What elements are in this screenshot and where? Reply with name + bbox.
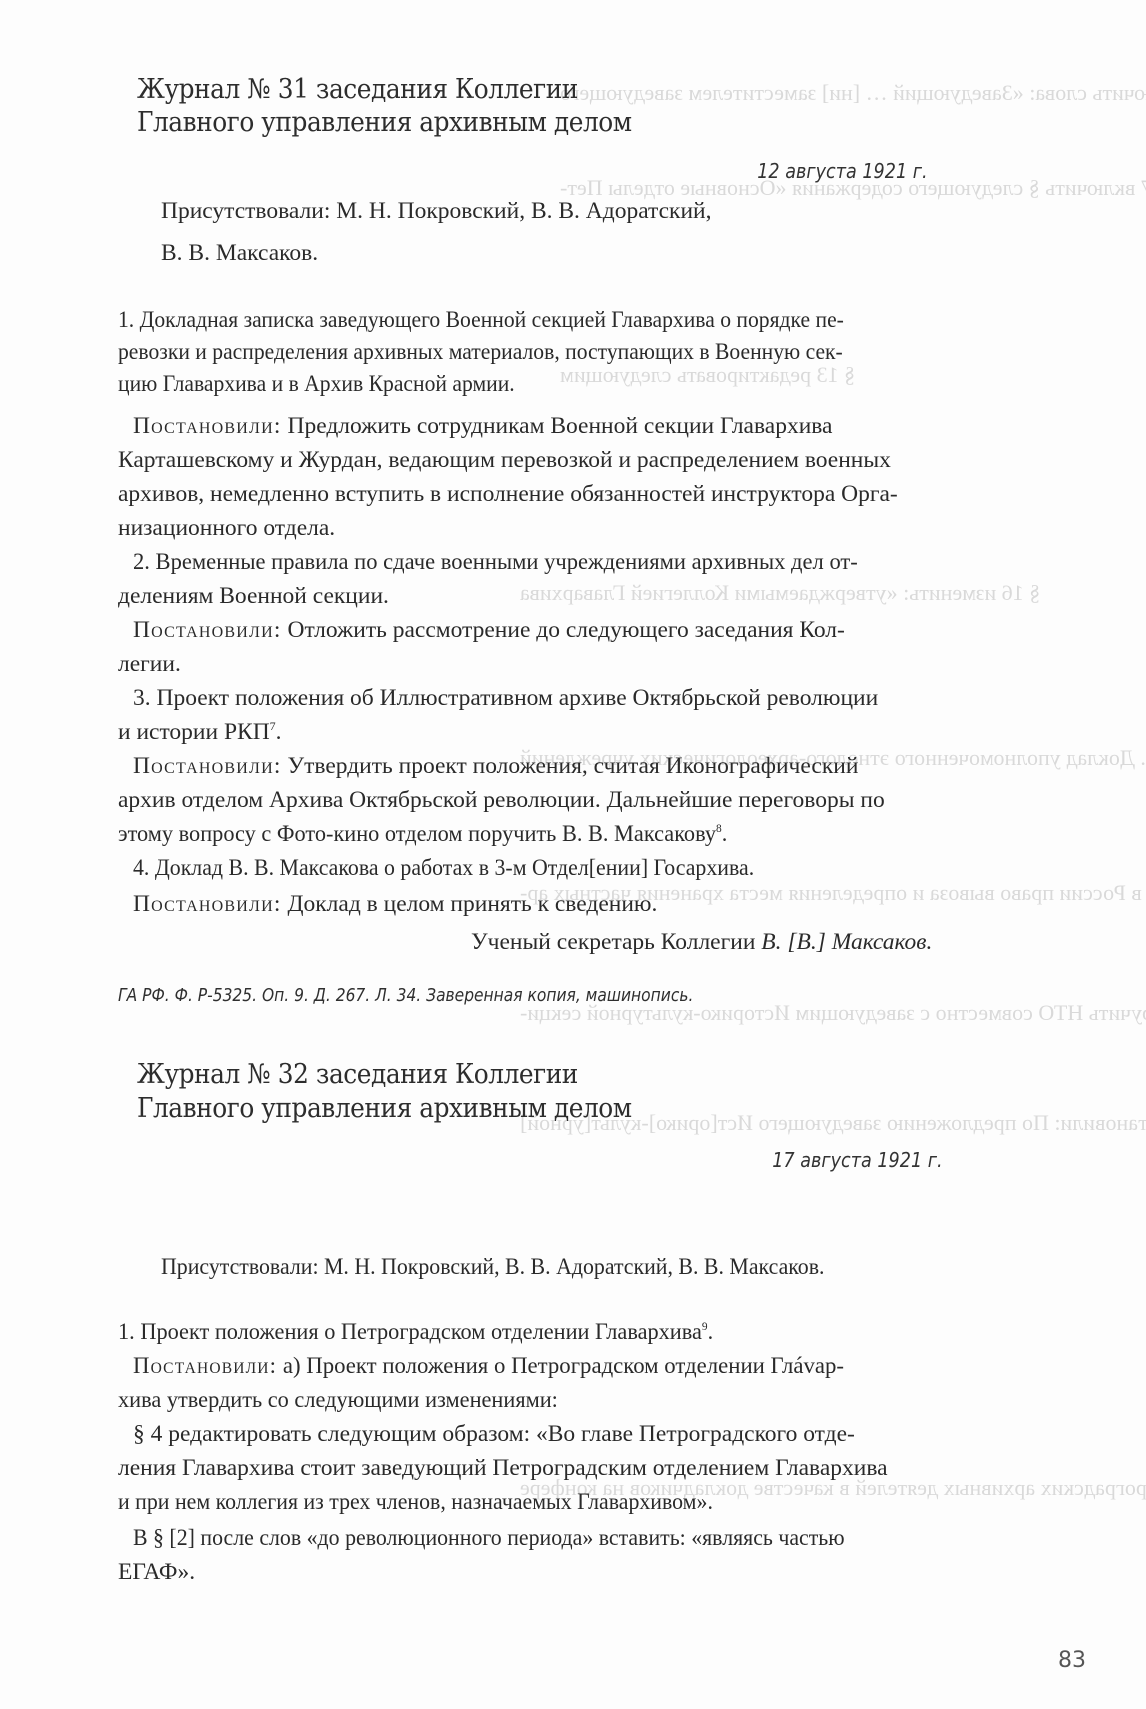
- journal-31-title-line2: Главного управления архивным делом: [137, 106, 632, 139]
- archive-source: ГА РФ. Ф. Р-5325. Оп. 9. Д. 267. Л. 34. …: [118, 985, 693, 1006]
- resolution-2-line1: Постановили: Отложить рассмотрение до сл…: [133, 616, 845, 644]
- item-1-line2: ревозки и распределения архивных материа…: [118, 338, 843, 366]
- journal-31-present-line1: Присутствовали: М. Н. Покровский, В. В. …: [161, 197, 711, 225]
- journal-32-title-line1: Журнал № 32 заседания Коллегии: [137, 1058, 578, 1091]
- resolved-label: Постановили:: [133, 1353, 277, 1379]
- resolved-label: Постановили:: [133, 891, 282, 917]
- paragraph-4-line3: и при нем коллегия из трех членов, назна…: [118, 1488, 713, 1516]
- resolution-1-line4: низационного отдела.: [118, 514, 335, 542]
- resolution-3-line1: Постановили: Утвердить проект положения,…: [133, 752, 858, 780]
- resolution-3-line3: этому вопросу с Фото-кино отделом поручи…: [118, 820, 727, 848]
- paragraph-2-line1: В § [2] после слов «до революционного пе…: [133, 1524, 845, 1552]
- footnote-7[interactable]: 7: [270, 719, 276, 733]
- journal-31-date: 12 августа 1921 г.: [758, 159, 928, 183]
- paragraph-4-line1: § 4 редактировать следующим образом: «Во…: [133, 1420, 855, 1448]
- item-3-line2: и истории РКП7.: [118, 718, 282, 746]
- footnote-8[interactable]: 8: [716, 821, 722, 835]
- item-2-line1: 2. Временные правила по сдаче военными у…: [133, 548, 858, 576]
- item-4: 4. Доклад В. В. Максакова о работах в 3-…: [133, 854, 754, 882]
- signature: Ученый секретарь Коллегии В. [В.] Максак…: [471, 928, 932, 956]
- resolution-4: Постановили: Доклад в целом принять к св…: [133, 890, 657, 918]
- item-1-line1: 1. Докладная записка заведующего Военной…: [118, 306, 844, 334]
- item-3-line1: 3. Проект положения об Иллюстративном ар…: [133, 684, 878, 712]
- resolution-3-line2: архив отделом Архива Октябрьской революц…: [118, 786, 885, 814]
- resolved-label: Постановили:: [133, 617, 282, 643]
- journal-32-title-line2: Главного управления архивным делом: [137, 1092, 632, 1125]
- page-number: 83: [1058, 1648, 1086, 1673]
- journal-32-present: Присутствовали: М. Н. Покровский, В. В. …: [161, 1253, 825, 1281]
- journal-31-present-line2: В. В. Максаков.: [161, 239, 318, 267]
- bleed-through-text: В § 5 исключить слова: «Заведующий … [ни…: [560, 80, 1146, 106]
- j32-resolution-1-line2: хива утвердить со следующими изменениями…: [118, 1386, 558, 1414]
- resolution-1-line1: Постановили: Предложить сотрудникам Воен…: [133, 412, 832, 440]
- j32-item-1: 1. Проект положения о Петроградском отде…: [118, 1318, 713, 1346]
- resolution-1-line2: Карташевскому и Журдан, ведающим перевоз…: [118, 446, 891, 474]
- item-1-line3: цию Главархива и в Архив Красной армии.: [118, 370, 515, 398]
- resolved-label: Постановили:: [133, 413, 282, 439]
- item-2-line2: делениям Военной секции.: [118, 582, 389, 610]
- resolution-1-line3: архивов, немедленно вступить в исполнени…: [118, 480, 898, 508]
- resolution-2-line2: легии.: [118, 650, 181, 678]
- footnote-9[interactable]: 9: [702, 1319, 708, 1333]
- bleed-through-text: § 16 изменить: «утверждаемыми Коллегией …: [520, 580, 1040, 606]
- resolved-label: Постановили:: [133, 753, 282, 779]
- paragraph-4-line2: ления Главархива стоит заведующий Петрог…: [118, 1454, 888, 1482]
- j32-resolution-1-line1: Постановили: а) Проект положения о Петро…: [133, 1352, 844, 1380]
- journal-32-date: 17 августа 1921 г.: [773, 1148, 943, 1172]
- document-page: В § 5 исключить слова: «Заведующий … [ни…: [0, 0, 1146, 1709]
- signature-name: В. [В.] Максаков.: [761, 929, 932, 955]
- journal-31-title-line1: Журнал № 31 заседания Коллегии: [137, 73, 578, 106]
- paragraph-2-line2: ЕГАФ».: [118, 1558, 195, 1586]
